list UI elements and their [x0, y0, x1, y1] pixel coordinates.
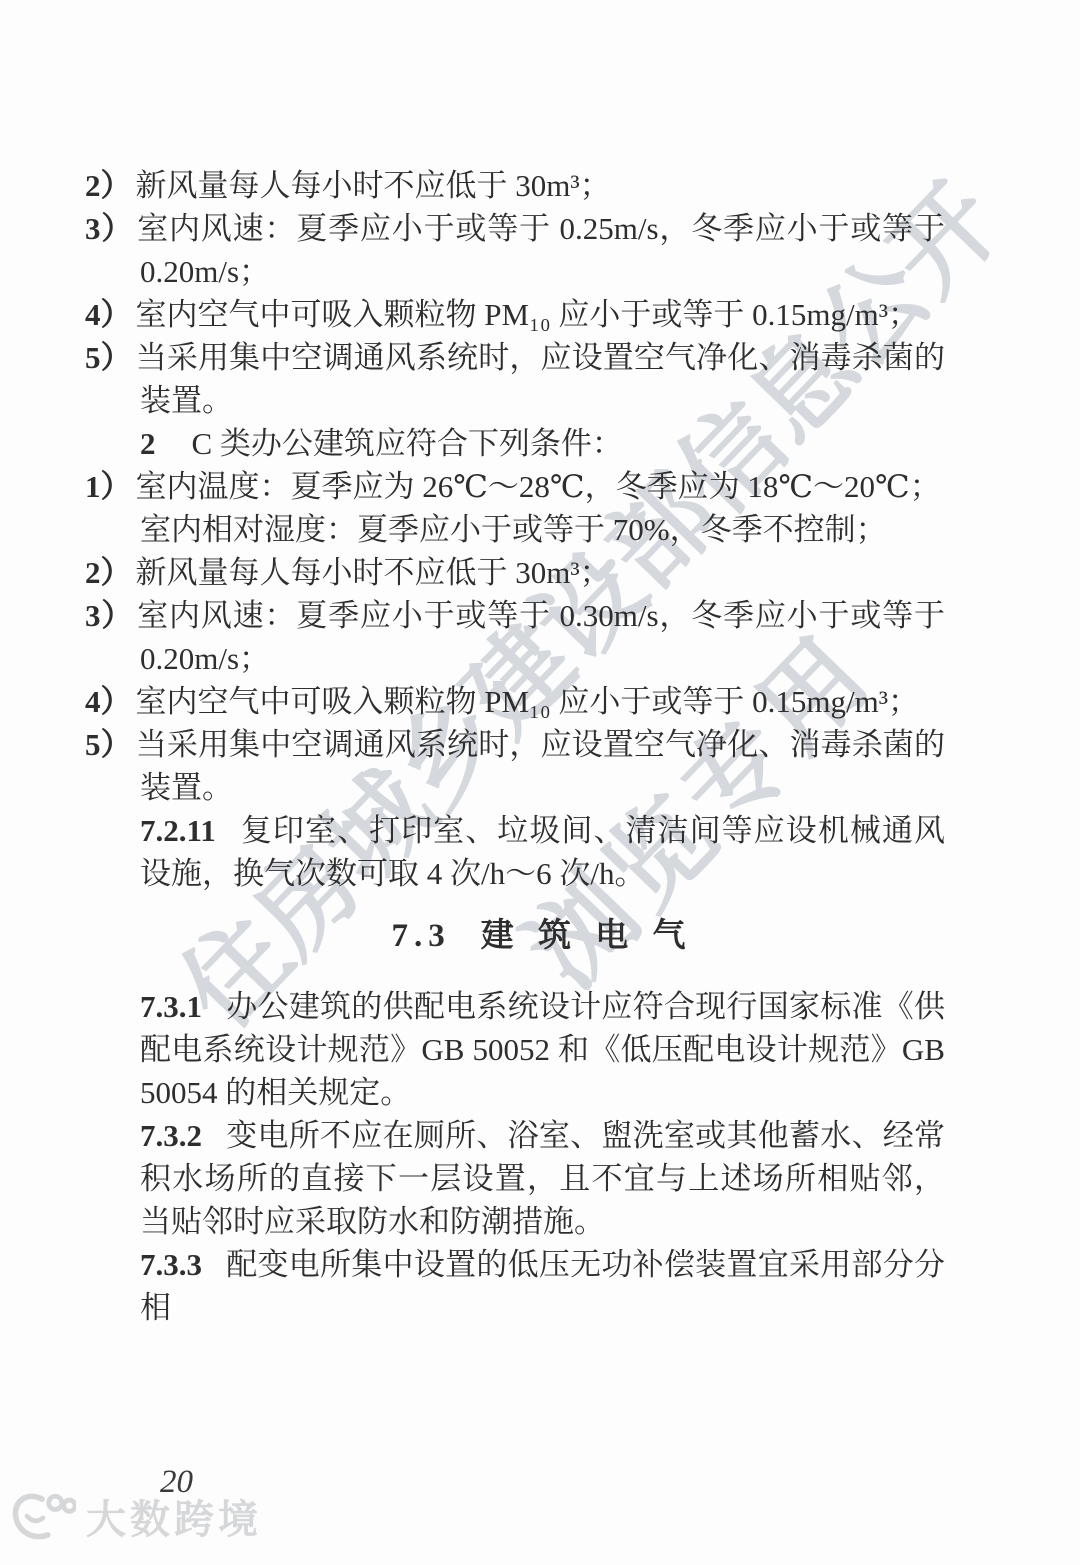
item-text: 新风量每人每小时不应低于 30m³；: [136, 555, 611, 590]
item-number: 5）: [85, 340, 132, 375]
list-item: 2C 类办公建筑应符合下列条件：: [140, 422, 945, 465]
item-number: 2）: [85, 555, 132, 590]
item-number: 2: [140, 426, 156, 461]
item-text: 变电所不应在厕所、浴室、盥洗室或其他蓄水、经常积水场所的直接下一层设置，且不宜与…: [140, 1118, 945, 1239]
clause-paragraph: 7.3.1办公建筑的供配电系统设计应符合现行国家标准《供配电系统设计规范》GB …: [140, 985, 945, 1114]
item-text: 室内空气中可吸入颗粒物 PM₁₀ 应小于或等于 0.15mg/m³；: [136, 684, 920, 719]
item-number: 7.3.2: [140, 1118, 202, 1153]
item-text: 室内风速：夏季应小于或等于 0.30m/s，冬季应小于或等于 0.20m/s；: [137, 598, 945, 676]
item-text: 建 筑 电 气: [481, 918, 694, 954]
item-number: 7.3.3: [140, 1247, 202, 1282]
section-number: 7.3: [392, 918, 451, 954]
smiley-100-icon: [10, 1491, 76, 1543]
item-text: 当采用集中空调通风系统时，应设置空气净化、消毒杀菌的装置。: [136, 340, 945, 418]
item-number: 7.3.1: [140, 989, 202, 1024]
item-text: 室内风速：夏季应小于或等于 0.25m/s，冬季应小于或等于 0.20m/s；: [137, 211, 945, 289]
clause-paragraph: 7.3.2变电所不应在厕所、浴室、盥洗室或其他蓄水、经常积水场所的直接下一层设置…: [140, 1114, 945, 1243]
sub-list-item: 5）当采用集中空调通风系统时，应设置空气净化、消毒杀菌的装置。: [140, 336, 945, 422]
sub-list-item: 1）室内温度：夏季应为 26℃～28℃，冬季应为 18℃～20℃；: [140, 465, 945, 508]
item-number: 4）: [85, 684, 132, 719]
item-number: 3）: [85, 211, 133, 246]
document-page: 住房城乡建设部信息公开 浏览专用 2）新风量每人每小时不应低于 30m³；3）室…: [0, 0, 1080, 1565]
item-number: 7.2.11: [140, 813, 216, 848]
clause-paragraph: 7.3.3配变电所集中设置的低压无功补偿装置宜采用部分分相: [140, 1243, 945, 1329]
sub-list-item: 4）室内空气中可吸入颗粒物 PM₁₀ 应小于或等于 0.15mg/m³；: [140, 293, 945, 336]
item-text: 办公建筑的供配电系统设计应符合现行国家标准《供配电系统设计规范》GB 50052…: [140, 989, 945, 1110]
item-text: 配变电所集中设置的低压无功补偿装置宜采用部分分相: [140, 1247, 945, 1325]
item-number: 3）: [85, 598, 133, 633]
item-number: 1）: [85, 469, 132, 504]
document-content: 2）新风量每人每小时不应低于 30m³；3）室内风速：夏季应小于或等于 0.25…: [140, 164, 945, 1329]
item-number: 4）: [85, 297, 132, 332]
sub-list-continuation: 室内相对湿度：夏季应小于或等于 70%，冬季不控制；: [140, 508, 945, 551]
item-text: 新风量每人每小时不应低于 30m³；: [136, 168, 611, 203]
clause-paragraph: 7.2.11复印室、打印室、垃圾间、清洁间等应设机械通风设施，换气次数可取 4 …: [140, 809, 945, 895]
item-text: 复印室、打印室、垃圾间、清洁间等应设机械通风设施，换气次数可取 4 次/h～6 …: [140, 813, 945, 891]
site-logo-text: 大数跨境: [86, 1488, 262, 1545]
sub-list-item: 4）室内空气中可吸入颗粒物 PM₁₀ 应小于或等于 0.15mg/m³；: [140, 680, 945, 723]
item-text: C 类办公建筑应符合下列条件：: [192, 426, 623, 461]
item-number: 5）: [85, 727, 132, 762]
item-text: 室内相对湿度：夏季应小于或等于 70%，冬季不控制；: [140, 512, 887, 547]
sub-list-item: 5）当采用集中空调通风系统时，应设置空气净化、消毒杀菌的装置。: [140, 723, 945, 809]
sub-list-item: 3）室内风速：夏季应小于或等于 0.30m/s，冬季应小于或等于 0.20m/s…: [140, 594, 945, 680]
sub-list-item: 2）新风量每人每小时不应低于 30m³；: [140, 164, 945, 207]
section-heading: 7.3建 筑 电 气: [140, 915, 945, 958]
sub-list-item: 3）室内风速：夏季应小于或等于 0.25m/s，冬季应小于或等于 0.20m/s…: [140, 207, 945, 293]
item-number: 2）: [85, 168, 132, 203]
site-logo-watermark: 大数跨境: [10, 1488, 262, 1545]
sub-list-item: 2）新风量每人每小时不应低于 30m³；: [140, 551, 945, 594]
item-text: 室内温度：夏季应为 26℃～28℃，冬季应为 18℃～20℃；: [136, 469, 941, 504]
item-text: 当采用集中空调通风系统时，应设置空气净化、消毒杀菌的装置。: [136, 727, 945, 805]
item-text: 室内空气中可吸入颗粒物 PM₁₀ 应小于或等于 0.15mg/m³；: [136, 297, 920, 332]
